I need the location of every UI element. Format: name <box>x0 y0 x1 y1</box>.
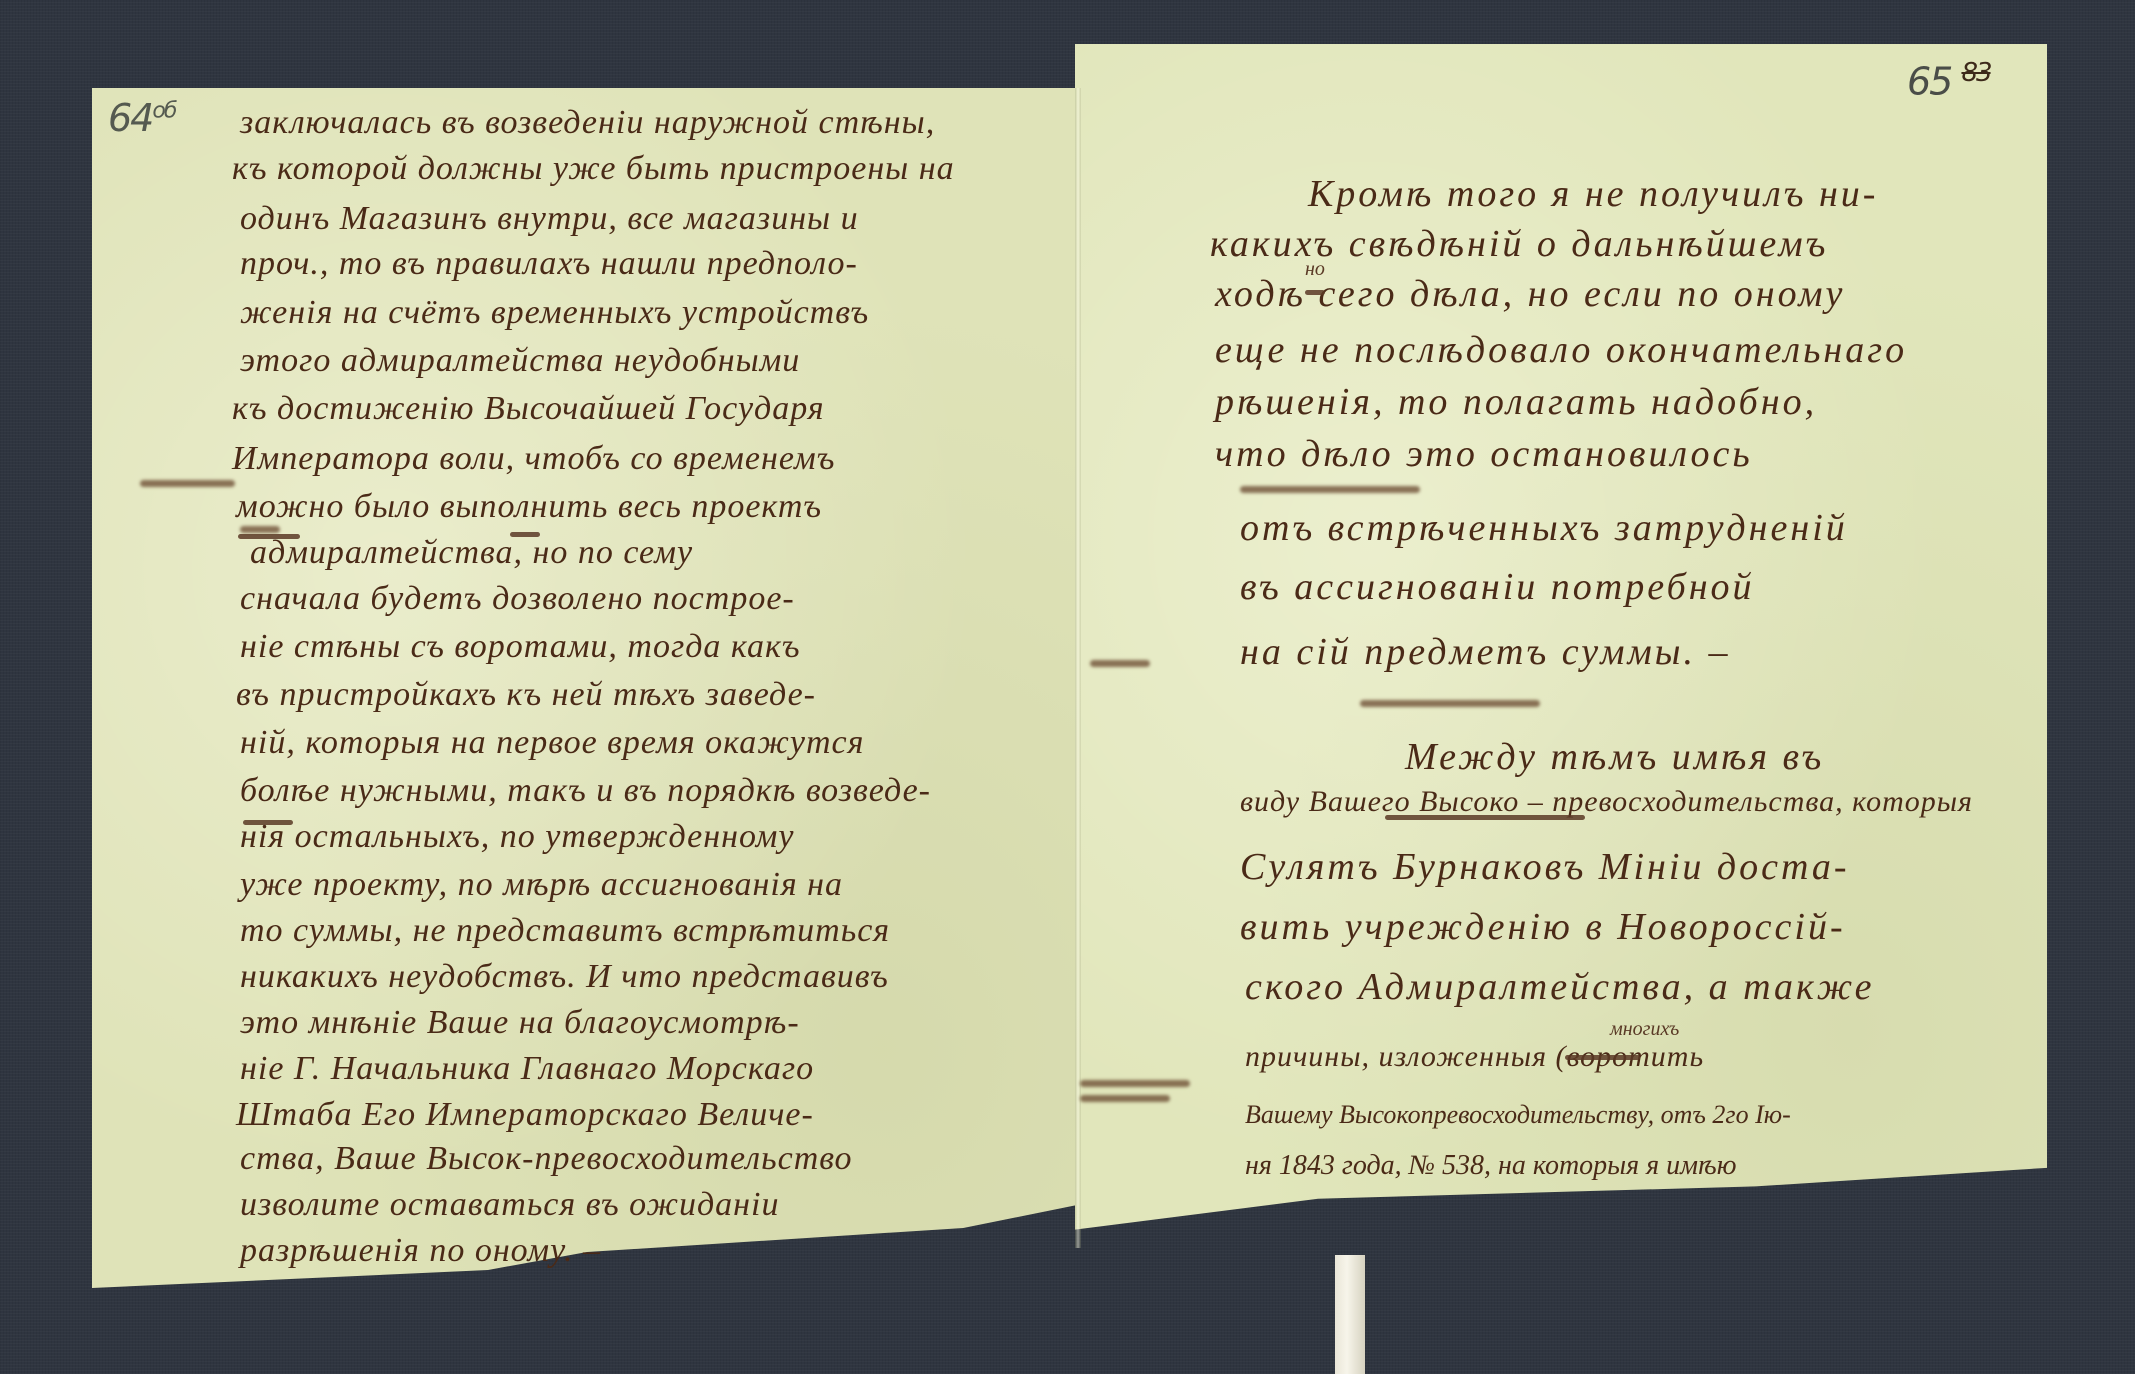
text-line: никакихъ неудобствъ. И что представивъ <box>240 958 889 996</box>
text-line: что дѣло это остановилось <box>1215 432 1753 476</box>
text-line: нiя остальныхъ, по утвержденному <box>240 818 794 856</box>
folio-number: 64 <box>108 96 152 140</box>
struck-word-mark <box>510 532 540 537</box>
page-fold <box>1075 88 1081 1248</box>
text-line: можно было выполнить весь проектъ <box>236 488 822 526</box>
text-line: разрѣшенiя по оному. – <box>240 1232 601 1270</box>
text-line: заключалась въ возведенiи наружной стѣны… <box>240 104 935 142</box>
text-line: одинъ Магазинъ внутри, все магазины и <box>240 200 859 238</box>
struck-word-mark <box>238 534 300 539</box>
text-line: Между тѣмъ имѣя въ <box>1405 735 1824 779</box>
struck-word-mark <box>1385 815 1585 820</box>
text-line: сначала будетъ дозволено построе- <box>240 580 795 618</box>
text-line: это мнѣнiе Ваше на благоусмотрѣ- <box>240 1004 800 1042</box>
folio-number-left: 64об <box>108 96 175 140</box>
ink-smudge <box>1090 660 1150 667</box>
text-line: отъ встрѣченныхъ затрудненiй <box>1240 506 1848 550</box>
text-line: Вашему Высокопревосходительству, отъ 2го… <box>1245 1100 1791 1130</box>
display-stand <box>1335 1255 1365 1374</box>
text-line: на сiй предметъ суммы. – <box>1240 630 1730 674</box>
text-line: изволите оставаться въ ожиданiи <box>240 1186 779 1224</box>
text-line: нiй, которыя на первое время окажутся <box>240 724 864 762</box>
text-line: въ пристройкахъ къ ней тѣхъ заведе- <box>236 676 816 714</box>
text-line: то суммы, не представитъ встрѣтиться <box>240 912 890 950</box>
ink-smudge <box>1080 1095 1170 1102</box>
interlinear-note: многихъ <box>1610 1018 1679 1041</box>
text-line: женiя на счётъ временныхъ устройствъ <box>240 294 869 332</box>
text-line: вить учрежденiю в Новороссiй- <box>1240 905 1846 949</box>
text-line: виду Вашего Высоко – превосходительства,… <box>1240 785 1973 819</box>
ink-smudge <box>1360 700 1540 707</box>
text-line: Штаба Его Императорскаго Величе- <box>236 1096 814 1134</box>
text-line: болѣе нужными, такъ и въ порядкѣ возведе… <box>240 772 931 810</box>
folio-suffix: об <box>152 98 175 123</box>
text-line: Императора воли, чтобъ со временемъ <box>232 440 835 478</box>
text-line: еще не послѣдовало окончательнаго <box>1215 328 1907 372</box>
struck-folio-number: 83 <box>1961 58 1990 88</box>
folio-number: 65 <box>1907 60 1951 104</box>
text-line: въ ассигнованiи потребной <box>1240 565 1755 609</box>
text-line: къ которой должны уже быть пристроены на <box>232 150 955 188</box>
text-line: этого адмиралтейства неудобными <box>240 342 800 380</box>
text-line: ня 1843 года, № 538, на которыя я имѣю <box>1245 1150 1736 1182</box>
underline-mark <box>243 820 293 825</box>
text-line: рѣшенiя, то полагать надобно, <box>1215 380 1817 424</box>
text-line: Сулятъ Бурнаковъ Мiнiи доста- <box>1240 845 1850 889</box>
text-line: какихъ свѣдѣнiй о дальнѣйшемъ <box>1210 222 1828 266</box>
text-line: нiе Г. Начальника Главнаго Морскаго <box>240 1050 814 1088</box>
ink-smudge <box>240 526 280 533</box>
text-line: проч., то въ правилахъ нашли предполо- <box>240 245 858 283</box>
text-line: Кромѣ того я не получилъ ни- <box>1308 172 1878 216</box>
interlinear-note: но <box>1305 258 1325 281</box>
struck-word-mark <box>1565 1055 1640 1060</box>
text-line: къ достиженiю Высочайшей Государя <box>232 390 825 428</box>
text-line: ского Адмиралтейства, а также <box>1245 965 1875 1009</box>
folio-number-right: 65 83 <box>1907 58 1991 104</box>
struck-word-mark <box>1305 290 1325 295</box>
text-line: нiе стѣны съ воротами, тогда какъ <box>240 628 801 666</box>
text-line: ства, Ваше Высок-превосходительство <box>240 1140 853 1178</box>
ink-smudge <box>1080 1080 1190 1087</box>
ink-smudge <box>140 480 235 487</box>
text-line: адмиралтейства, но по сему <box>250 534 693 572</box>
ink-smudge <box>1240 486 1420 493</box>
text-line: уже проекту, по мѣрѣ ассигнованiя на <box>240 866 843 904</box>
